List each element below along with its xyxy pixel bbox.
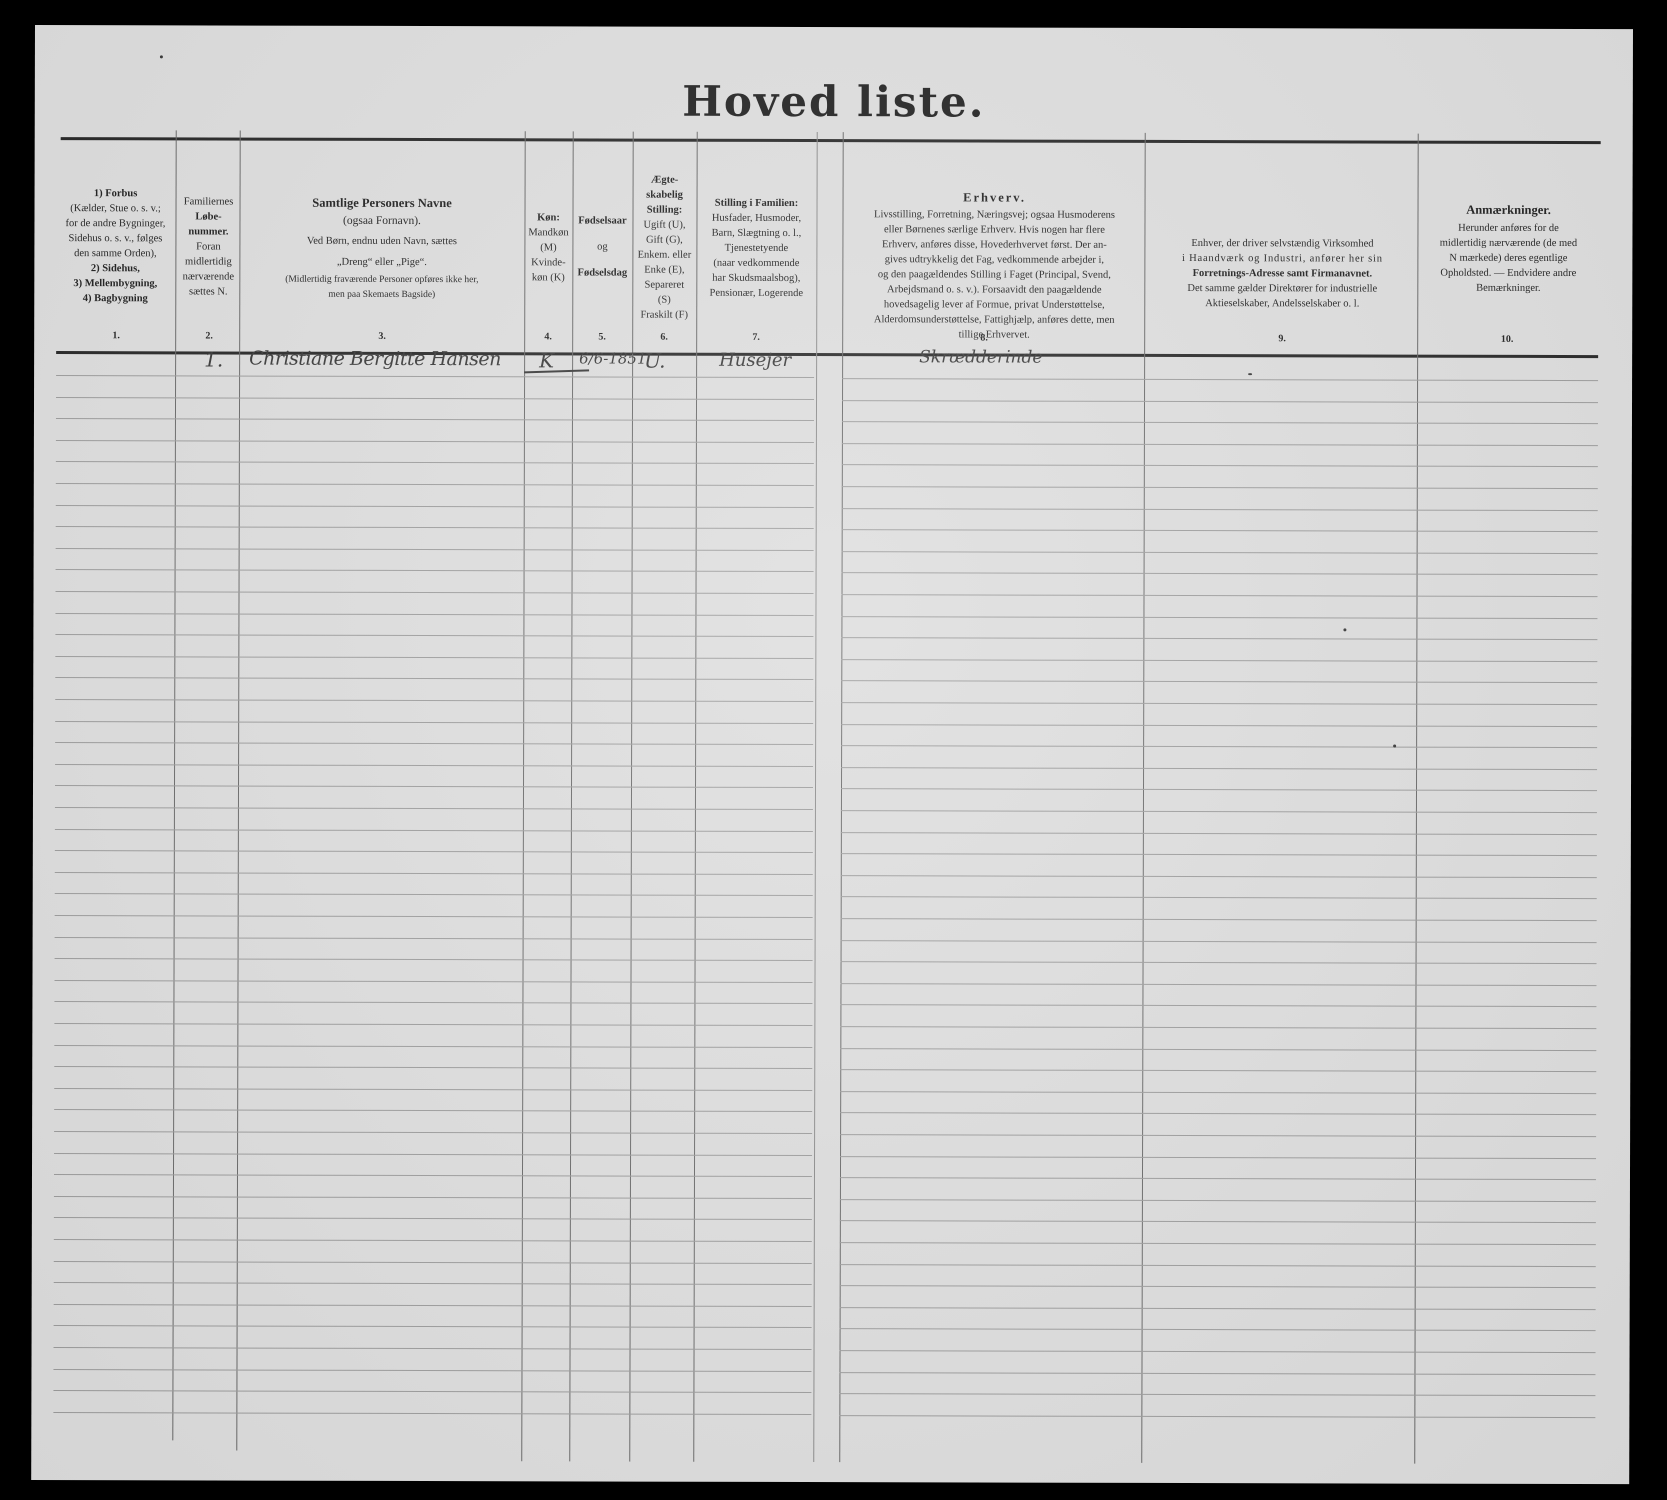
header-line: Fraskilt (F) <box>640 308 688 323</box>
row-line <box>840 1264 1596 1267</box>
row-line <box>55 699 813 702</box>
entry-rows <box>35 25 1633 29</box>
row-line <box>842 508 1598 511</box>
header-line: skabelig <box>646 188 683 203</box>
column-number: 8. <box>969 332 999 343</box>
header-line: den samme Orden), <box>74 246 157 261</box>
column-header-3: Samtlige Personers Navne (ogsaa Fornavn)… <box>239 144 525 351</box>
header-line: Stilling i Familien: <box>715 195 798 210</box>
row-line <box>55 742 813 745</box>
row-line <box>841 659 1597 662</box>
row-line <box>56 483 814 486</box>
row-line <box>841 637 1597 640</box>
header-line: Alderdomsunderstøttelse, Fattighjælp, an… <box>874 312 1115 328</box>
header-line: midlertidig <box>185 254 232 269</box>
row-line <box>841 940 1597 943</box>
header-line: Barn, Slægtning o. l., <box>712 225 802 240</box>
row-line <box>840 1350 1596 1353</box>
header-line: og den paagældendes Stilling i Faget (Pr… <box>878 267 1111 283</box>
row-line <box>840 1221 1596 1224</box>
header-line: Samtlige Personers Navne <box>312 196 452 211</box>
speck <box>1393 745 1396 748</box>
row-line <box>842 400 1598 403</box>
header-line: midlertidig nærværende (de med <box>1440 236 1577 251</box>
row-line <box>54 1196 812 1199</box>
row-line <box>840 1048 1596 1051</box>
row-line <box>840 1242 1596 1245</box>
column-number: 4. <box>533 331 563 342</box>
row-line <box>841 918 1597 921</box>
row-line <box>840 1113 1596 1116</box>
row-line <box>842 421 1598 424</box>
column-header-2: Familiernes Løbe- nummer. Foran midlerti… <box>177 143 240 349</box>
header-line: for de andre Bygninger, <box>66 216 166 231</box>
family-number-cell: 1. <box>204 347 223 371</box>
header-line: N mærkede) deres egentlige <box>1449 251 1567 266</box>
row-line <box>56 375 814 378</box>
speck <box>160 55 163 58</box>
header-line: (M) <box>540 240 556 255</box>
header-line: Tjenestetyende <box>725 240 789 255</box>
header-line: (Midlertidig fraværende Personer opføres… <box>285 273 478 289</box>
row-line <box>839 1372 1595 1375</box>
row-line <box>56 418 814 421</box>
row-line <box>55 807 813 810</box>
column-number: 5. <box>587 331 617 342</box>
row-line <box>54 1066 812 1069</box>
header-line: Opholdsted. — Endvidere andre <box>1440 266 1576 281</box>
header-line: Arbejdsmand o. s. v.). Forsaavidt den pa… <box>887 282 1102 298</box>
column-number: 7. <box>741 332 771 343</box>
row-line <box>55 937 813 940</box>
row-line <box>54 1045 812 1048</box>
row-line <box>54 1174 812 1177</box>
row-line <box>842 573 1598 576</box>
header-line: Ægte- <box>651 173 678 188</box>
underline-mark <box>524 369 589 373</box>
row-line <box>841 897 1597 900</box>
header-line: Familiernes <box>184 194 234 209</box>
row-line <box>54 1109 812 1112</box>
header-line: Erhverv, anføres disse, Hovederhvervet f… <box>882 237 1107 253</box>
row-line <box>55 764 813 767</box>
sex-cell: K <box>539 348 554 372</box>
row-line <box>840 1329 1596 1332</box>
header-line: nummer. <box>188 224 228 239</box>
row-line <box>53 1369 811 1372</box>
row-line <box>55 677 813 680</box>
header-line: har Skudsmaalsbog), <box>712 270 800 285</box>
column-number: 9. <box>1267 333 1297 344</box>
row-line <box>54 1001 812 1004</box>
header-line: Køn: <box>537 210 560 225</box>
column-number: 6. <box>649 332 679 343</box>
header-line: Fødselsdag <box>578 260 628 286</box>
row-line <box>54 980 812 983</box>
row-line <box>54 1304 812 1307</box>
row-line <box>842 378 1598 381</box>
header-line: Ugift (U), <box>643 218 685 233</box>
header-line: Livsstilling, Forretning, Næringsvej; og… <box>874 207 1115 223</box>
header-line: køn (K) <box>532 270 565 285</box>
row-line <box>840 983 1596 986</box>
row-line <box>840 1307 1596 1310</box>
header-line: (S) <box>658 293 671 308</box>
column-number: 1. <box>101 330 131 341</box>
header-line: og <box>597 234 608 260</box>
column-number: 3. <box>367 331 397 342</box>
row-line <box>56 461 814 464</box>
row-line <box>841 724 1597 727</box>
header-line: nærværende <box>183 269 234 284</box>
row-line <box>840 1177 1596 1180</box>
row-line <box>841 681 1597 684</box>
header-line: (Kælder, Stue o. s. v.; <box>70 201 161 216</box>
header-line: Pensionær, Logerende <box>710 285 804 300</box>
row-line <box>839 1393 1595 1396</box>
row-line <box>56 440 814 443</box>
header-line: Gift (G), <box>646 233 683 248</box>
header-line: (naar vedkommende <box>713 255 799 270</box>
row-line <box>54 1347 812 1350</box>
row-line <box>54 1217 812 1220</box>
row-line <box>56 505 814 508</box>
row-line <box>56 548 814 551</box>
row-line <box>55 656 813 659</box>
header-line: (ogsaa Fornavn). <box>343 211 421 231</box>
speck <box>1343 628 1346 631</box>
row-line <box>841 745 1597 748</box>
header-line: hovedsagelig lever af Formue, privat Und… <box>884 297 1105 313</box>
column-header-7: Stilling i Familien: Husfader, Husmoder,… <box>696 145 817 351</box>
row-line <box>840 1026 1596 1029</box>
row-line <box>841 702 1597 705</box>
header-line: Enhver, der driver selvstændig Virksomhe… <box>1191 236 1373 251</box>
header-line: i Haandværk og Industri, anfører her sin <box>1182 251 1383 267</box>
row-line <box>55 872 813 875</box>
column-header-10: Anmærkninger. Herunder anføres for de mi… <box>1418 147 1599 353</box>
row-line <box>54 1325 812 1328</box>
row-line <box>54 1153 812 1156</box>
header-line: 2) Sidehus, <box>91 261 140 276</box>
header-line: Foran <box>196 239 221 254</box>
header-line: Kvinde- <box>531 255 565 270</box>
header-line: 3) Mellembygning, <box>73 276 157 291</box>
family-position-cell: Husejer <box>719 350 791 371</box>
row-line <box>841 832 1597 835</box>
column-divider <box>839 132 843 1462</box>
header-line: Forretnings-Adresse samt Firmanavnet. <box>1193 266 1373 281</box>
header-line: men paa Skemaets Bagside) <box>328 288 435 303</box>
row-line <box>54 1239 812 1242</box>
row-line <box>53 1390 811 1393</box>
row-line <box>840 1134 1596 1137</box>
column-header-9: Enhver, der driver selvstændig Virksomhe… <box>1146 146 1419 353</box>
row-line <box>840 1285 1596 1288</box>
row-line <box>841 810 1597 813</box>
marital-status-cell: U. <box>644 349 665 373</box>
header-line: sættes N. <box>189 284 228 299</box>
row-line <box>842 486 1598 489</box>
speck <box>1248 373 1252 375</box>
row-line <box>55 850 813 853</box>
header-line: Herunder anføres for de <box>1458 221 1559 236</box>
header-line: „Dreng“ eller „Pige“. <box>337 253 427 273</box>
header-line: Enke (E), <box>644 263 684 278</box>
header-line: eller Børnenes særlige Erhverv. Hvis nog… <box>884 222 1105 238</box>
header-line: Løbe- <box>195 209 221 224</box>
row-line <box>55 634 813 637</box>
birth-cell: 6/6-1851 <box>579 349 646 367</box>
header-line: Fødselsaar <box>578 208 626 234</box>
row-line <box>55 915 813 918</box>
header-line: Bemærkninger. <box>1476 281 1540 296</box>
header-line: Aktieselskaber, Andelsselskaber o. l. <box>1205 296 1359 311</box>
header-line: Stilling: <box>647 203 683 218</box>
row-line <box>840 1005 1596 1008</box>
row-line <box>841 789 1597 792</box>
header-line: Enkem. eller <box>638 248 692 263</box>
row-line <box>55 785 813 788</box>
header-line: Erhverv. <box>963 187 1026 207</box>
name-cell: Christiane Bergitte Hansen <box>249 348 501 371</box>
row-line <box>840 1069 1596 1072</box>
row-line <box>54 1261 812 1264</box>
row-line <box>56 569 814 572</box>
row-line <box>842 551 1598 554</box>
column-header-5: Fødselsaar og Fødselsdag <box>572 144 633 350</box>
header-line: Mandkøn <box>528 225 568 240</box>
row-line <box>54 1023 812 1026</box>
column-number: 2. <box>194 330 224 341</box>
header-line: Det samme gælder Direktører for industri… <box>1187 281 1377 296</box>
row-line <box>841 875 1597 878</box>
row-line <box>56 526 814 529</box>
row-line <box>54 1088 812 1091</box>
column-header-6: Ægte- skabelig Stilling: Ugift (U), Gift… <box>632 145 697 351</box>
row-line <box>53 1412 811 1415</box>
row-line <box>55 958 813 961</box>
occupation-cell: Skrædderinde <box>919 347 1042 367</box>
row-line <box>842 443 1598 446</box>
header-line: Anmærkninger. <box>1466 199 1551 221</box>
header-line: Husfader, Husmoder, <box>712 210 801 225</box>
header-line: gives udtrykkelig det Fag, vedkommende a… <box>885 252 1104 268</box>
column-header-8: Erhverv. Livsstilling, Forretning, Nærin… <box>844 145 1145 352</box>
row-line <box>55 721 813 724</box>
row-line <box>56 591 814 594</box>
header-line: Sidehus o. s. v., følges <box>68 231 162 246</box>
row-line <box>841 961 1597 964</box>
row-line <box>839 1415 1595 1418</box>
page-title: Hoved liste. <box>35 75 1633 128</box>
header-line: 4) Bagbygning <box>83 291 148 306</box>
header-line: Ved Børn, endnu uden Navn, sættes <box>307 231 457 253</box>
column-header-1: 1) Forbus (Kælder, Stue o. s. v.; for de… <box>56 143 175 349</box>
row-line <box>56 397 814 400</box>
row-line <box>842 465 1598 468</box>
header-line: 1) Forbus <box>94 186 138 201</box>
row-line <box>841 853 1597 856</box>
census-form-page: Hoved liste. 1) Forbus (Kælder, Stue o. … <box>31 25 1633 1484</box>
row-line <box>840 1156 1596 1159</box>
column-header-4: Køn: Mandkøn (M) Kvinde- køn (K) <box>524 144 573 350</box>
row-line <box>55 829 813 832</box>
header-line: Separeret <box>644 278 684 293</box>
row-line <box>840 1199 1596 1202</box>
column-number: 10. <box>1492 334 1522 345</box>
row-line <box>54 1131 812 1134</box>
row-line <box>841 767 1597 770</box>
row-line <box>842 594 1598 597</box>
row-line <box>842 529 1598 532</box>
row-line <box>55 613 813 616</box>
row-line <box>841 616 1597 619</box>
row-line <box>54 1282 812 1285</box>
row-line <box>840 1091 1596 1094</box>
row-line <box>55 893 813 896</box>
